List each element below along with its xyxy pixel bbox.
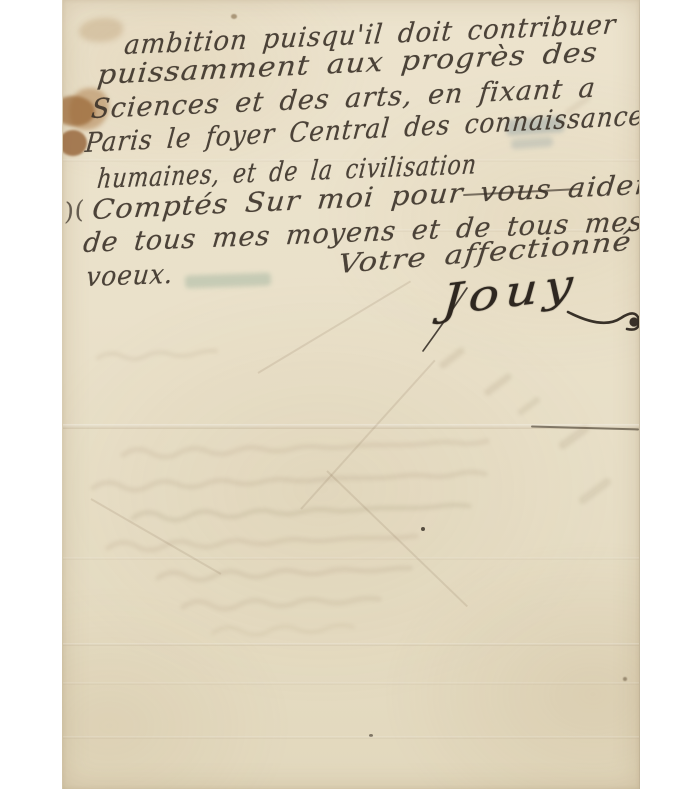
letter-page: ambition puisqu'il doit contribuer puiss… (62, 0, 640, 789)
scanned-letter: ambition puisqu'il doit contribuer puiss… (0, 0, 700, 800)
signature-flourish-stroke (63, 0, 639, 789)
ink-blot (629, 317, 638, 326)
